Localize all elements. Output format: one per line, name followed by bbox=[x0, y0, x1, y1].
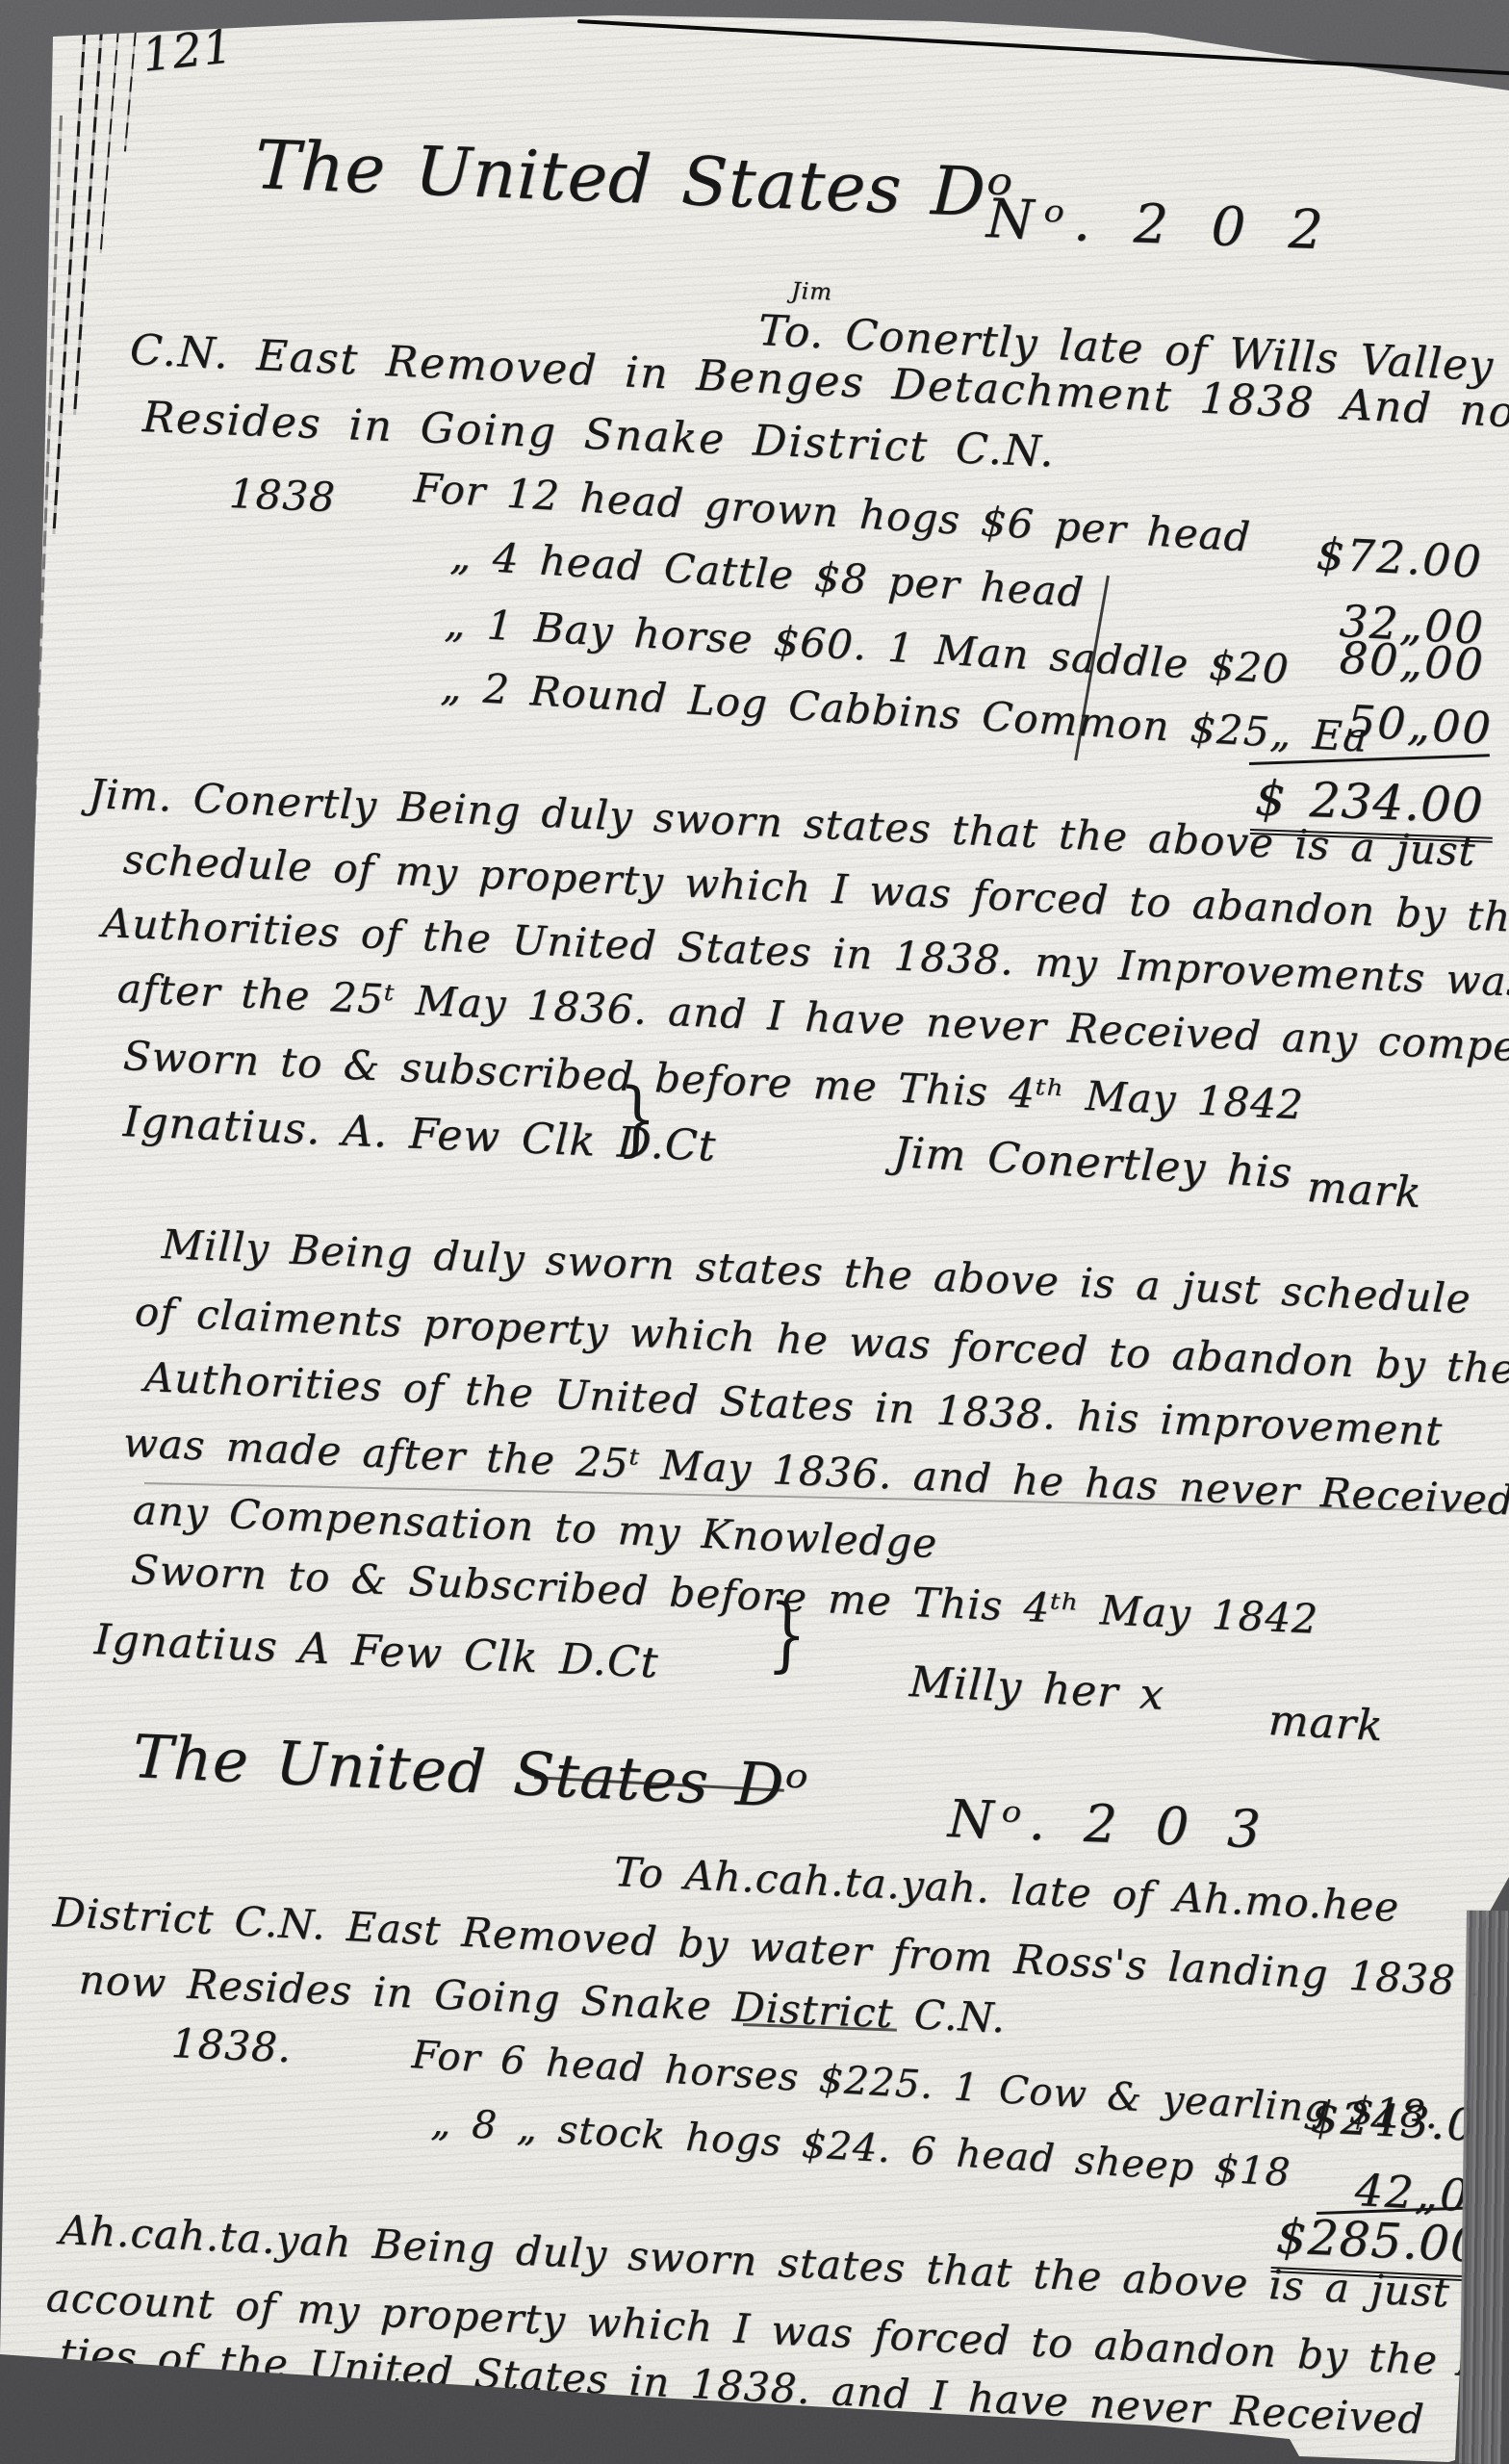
binding-line bbox=[124, 8, 139, 152]
binding-line bbox=[21, 577, 40, 1251]
signature-mark: mark bbox=[1267, 1696, 1385, 1751]
entry2-title: The United States Dᵒ bbox=[131, 1721, 809, 1822]
entry2-to-line: To Ah.cah.ta.yah. late of Ah.mo.hee bbox=[613, 1848, 1400, 1931]
right-page-edges bbox=[1459, 1911, 1509, 2464]
signature-mark: mark bbox=[1306, 1163, 1423, 1218]
entry2-year: 1838. bbox=[170, 2019, 293, 2071]
entry1-item-amount: 80„00 bbox=[1339, 631, 1487, 691]
paper: 121 The United States Dᵒ Nᵒ. 2 0 2 Jim T… bbox=[0, 0, 1509, 2464]
entry1-item-amount: 50„00 bbox=[1346, 695, 1495, 755]
clerk-brace: } bbox=[616, 1070, 658, 1166]
entry1-title: The United States Dᵒ bbox=[253, 125, 1014, 233]
binding-line bbox=[100, 4, 121, 253]
binding-line bbox=[73, 2, 105, 415]
clerk-signature: Ignatius A Few Clk D.Ct bbox=[93, 1615, 659, 1688]
page-number: 121 bbox=[140, 19, 236, 83]
scanned-ledger-page: { "scan": { "background_color": "#5c5c5e… bbox=[0, 0, 1509, 2464]
entry2-claim-number: Nᵒ. 2 0 3 bbox=[947, 1788, 1269, 1861]
binding-line bbox=[23, 115, 63, 1058]
entry1-claim-number: Nᵒ. 2 0 2 bbox=[985, 188, 1334, 263]
claimant-signature: Jim Conertley his bbox=[892, 1128, 1294, 1198]
entry1-to-superscript: Jim bbox=[791, 277, 833, 305]
clerk-brace: } bbox=[766, 1586, 808, 1681]
entry1-item-amount: $72.00 bbox=[1316, 527, 1485, 588]
entry1-year: 1838 bbox=[228, 470, 337, 521]
claimant-signature: Milly her x bbox=[908, 1657, 1166, 1720]
